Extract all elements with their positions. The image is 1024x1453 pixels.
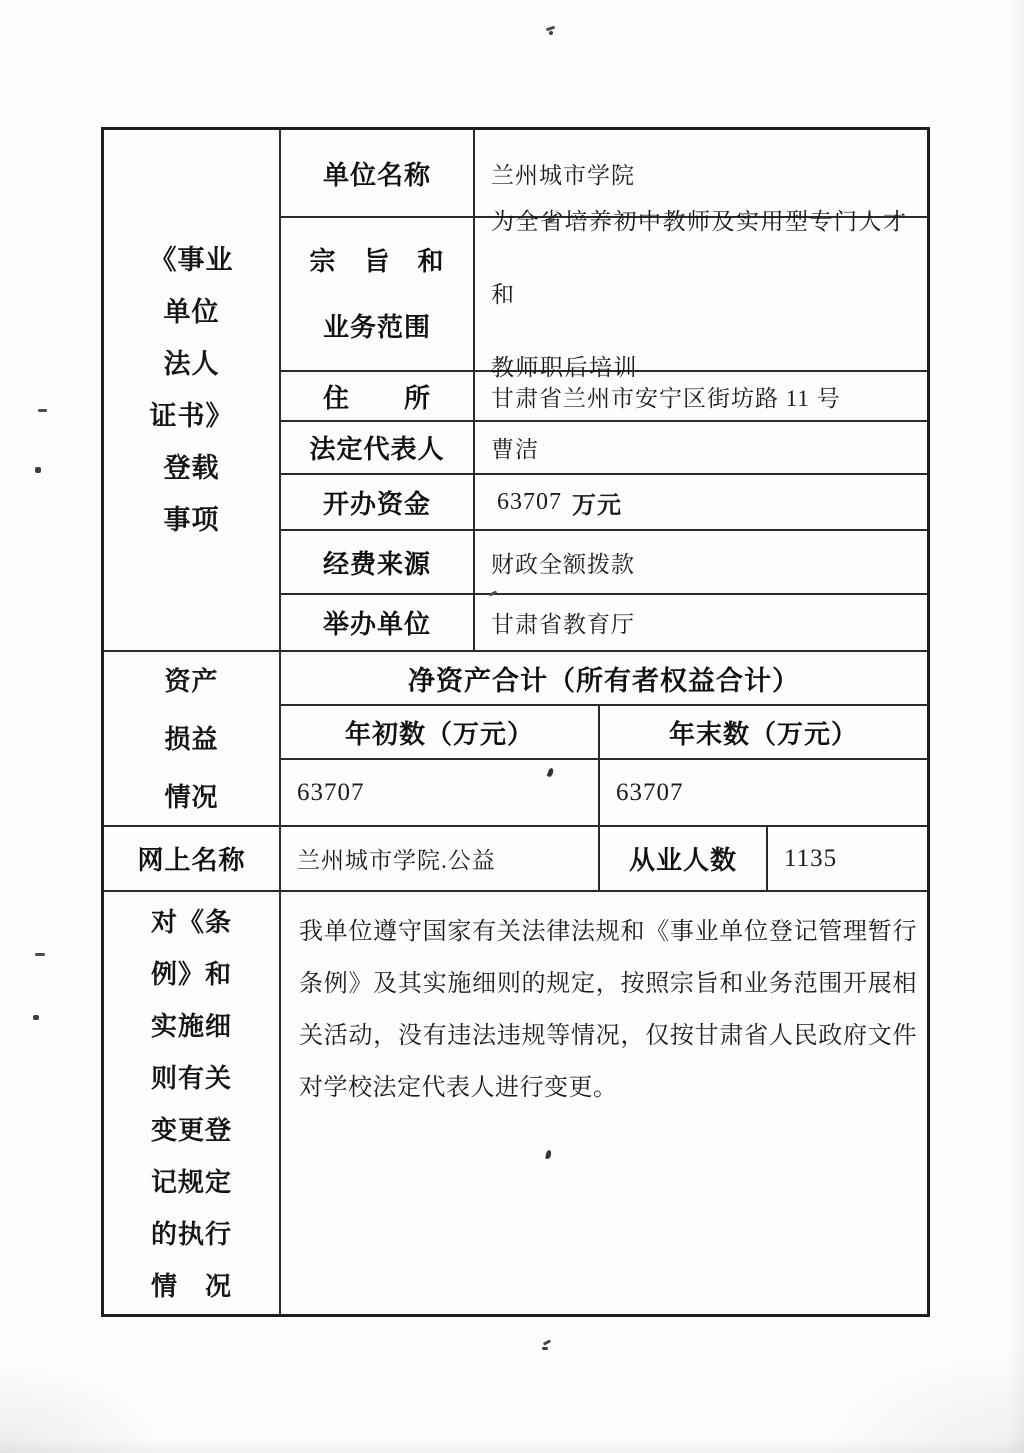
sponsor-unit-value: 甘肃省教育厅 — [475, 595, 927, 652]
assets-section-side-label: 资产 损益 情况 — [104, 652, 281, 827]
net-assets-header: 净资产合计（所有者权益合计） — [281, 652, 927, 706]
side-label-line: 变更登 — [104, 1104, 279, 1156]
side-label-line: 事项 — [164, 494, 220, 546]
scan-speckle — [35, 467, 41, 473]
scan-speckle — [35, 953, 45, 956]
side-label-line: 法人 — [164, 338, 220, 390]
side-label-line: 《事业 — [150, 234, 234, 286]
address-label: 住 所 — [281, 372, 475, 422]
scan-speckle — [33, 1015, 39, 1020]
scan-speckle — [543, 1339, 551, 1345]
staff-count-value: 1135 — [768, 827, 927, 892]
purpose-scope-value: 为全省培养初中教师及实用型专门人才和 教师职后培训 — [475, 218, 927, 372]
sponsor-unit-label: 举办单位 — [281, 595, 475, 652]
purpose-value-line1: 为全省培养初中教师及实用型专门人才和 — [491, 185, 927, 331]
legal-representative-value: 曹洁 — [475, 422, 927, 475]
scan-speckle — [38, 409, 47, 412]
side-label-line: 情 况 — [104, 1260, 279, 1312]
address-value: 甘肃省兰州市安宁区街坊路 11 号 — [475, 372, 927, 422]
legal-representative-label: 法定代表人 — [281, 422, 475, 475]
year-begin-column-header: 年初数（万元） — [281, 706, 600, 760]
online-name-label: 网上名称 — [104, 827, 281, 892]
side-label-line: 登载 — [164, 442, 220, 494]
side-label-line: 情况 — [164, 768, 218, 826]
funding-source-label: 经费来源 — [281, 531, 475, 595]
purpose-scope-label: 宗 旨 和 业务范围 — [281, 218, 475, 372]
side-label-line: 实施细 — [104, 1000, 279, 1052]
side-label-line: 的执行 — [104, 1208, 279, 1260]
year-end-value: 63707 — [600, 760, 927, 827]
certificate-section-side-label: 《事业 单位 法人 证书》 登载 事项 — [104, 130, 281, 652]
side-label-line: 资产 — [164, 652, 218, 710]
side-label-line: 对《条 — [104, 896, 279, 948]
side-label-line: 记规定 — [104, 1156, 279, 1208]
purpose-label-line2: 业务范围 — [323, 294, 431, 360]
funding-source-value: 财政全额拨款 — [475, 531, 927, 595]
purpose-label-line1: 宗 旨 和 — [309, 228, 444, 294]
opening-funds-amount: 63707 — [497, 489, 562, 516]
document-sheet: 《事业 单位 法人 证书》 登载 事项 单位名称 兰州城市学院 宗 旨 和 业务… — [0, 0, 1024, 1453]
side-label-line: 损益 — [164, 710, 218, 768]
compliance-statement-text: 我单位遵守国家有关法律法规和《事业单位登记管理暂行条例》及其实施细则的规定，按照… — [281, 892, 927, 1114]
year-end-column-header: 年末数（万元） — [600, 706, 927, 760]
registration-table: 《事业 单位 法人 证书》 登载 事项 单位名称 兰州城市学院 宗 旨 和 业务… — [101, 127, 930, 1317]
staff-count-label: 从业人数 — [600, 827, 768, 892]
side-label-line: 则有关 — [104, 1052, 279, 1104]
online-name-value: 兰州城市学院.公益 — [281, 827, 600, 892]
compliance-section-side-label: 对《条 例》和 实施细 则有关 变更登 记规定 的执行 情 况 — [104, 892, 281, 1314]
side-label-line: 单位 — [164, 286, 220, 338]
side-label-line: 例》和 — [104, 948, 279, 1000]
side-label-line: 证书》 — [150, 390, 234, 442]
opening-funds-value: 63707 万元 — [475, 475, 927, 531]
opening-funds-label: 开办资金 — [281, 475, 475, 531]
opening-funds-unit: 万元 — [572, 485, 622, 520]
unit-name-label: 单位名称 — [281, 130, 475, 218]
scan-speckle — [542, 1347, 548, 1350]
compliance-statement-cell: 我单位遵守国家有关法律法规和《事业单位登记管理暂行条例》及其实施细则的规定，按照… — [281, 892, 927, 1314]
scan-speckle — [549, 31, 553, 35]
